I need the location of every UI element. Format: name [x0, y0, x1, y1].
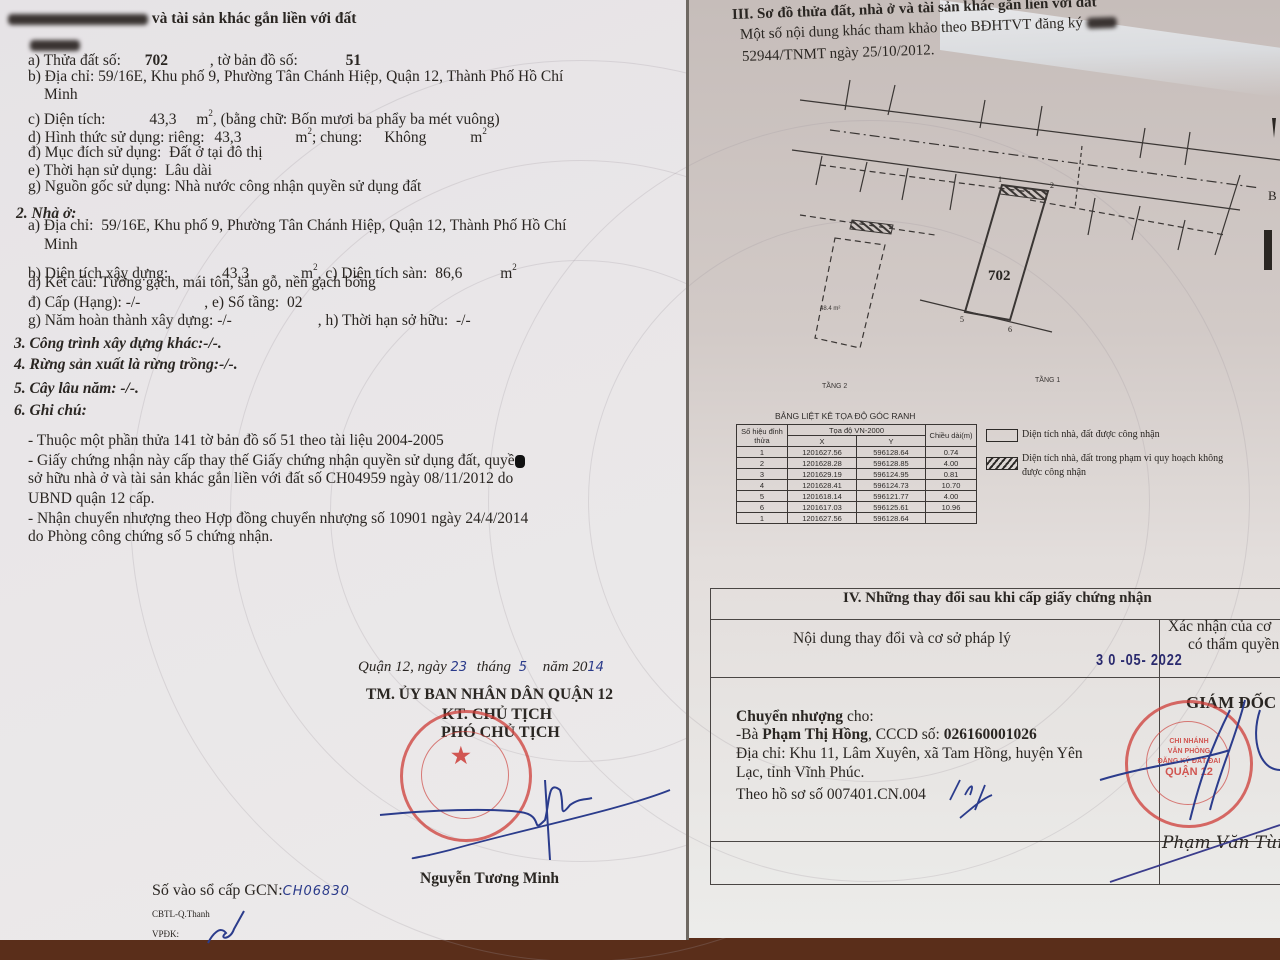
label: năm 20 [543, 659, 588, 675]
label: , h) Thời hạn sở hữu: [318, 312, 448, 329]
cell-x: 1201629.19 [788, 469, 857, 480]
text: cho: [843, 708, 874, 725]
vertex-label: 1 [998, 175, 1002, 184]
scale-bar [1264, 230, 1272, 270]
text: , CCCD số: [868, 726, 944, 743]
vertex-label: 2 [1050, 181, 1054, 190]
cell-x: 1201617.03 [788, 502, 857, 513]
cell-x: 1201627.56 [788, 513, 857, 524]
col1-header: Nội dung thay đổi và cơ sở pháp lý [793, 630, 1011, 648]
unit: m [470, 129, 482, 146]
initials-signature [930, 770, 1010, 820]
legend-text: Diện tích nhà, đất được công nhận [1022, 429, 1160, 441]
cell-point: 6 [737, 502, 788, 513]
parcel-map: 702 48.4 m² TẦNG 1 TẦNG 2 1 2 5 6 B [780, 70, 1280, 390]
label: d) Kết cấu: [28, 274, 97, 291]
house-address: a) Địa chỉ: 59/16E, Khu phố 9, Phường Tâ… [28, 217, 566, 235]
cell-length [926, 513, 977, 524]
coords-row: 11201627.56596128.640.74 [737, 447, 977, 458]
cell-y: 596124.73 [857, 480, 926, 491]
cell-y: 596128.64 [857, 513, 926, 524]
col-header-length: Chiều dài(m) [926, 425, 977, 447]
redacted-text [8, 14, 148, 25]
house-structure: d) Kết cấu: Tường gạch, mái tôn, sàn gỗ,… [28, 274, 376, 292]
signature-stroke [1100, 820, 1280, 890]
note-line: UBND quận 12 cấp. [28, 490, 155, 508]
value: Đất ở tại đô thị [169, 144, 262, 161]
value: Tường gạch, mái tôn, sàn gỗ, nền gạch bô… [100, 274, 375, 291]
cell-point: 5 [737, 491, 788, 502]
signature-ubnd [370, 760, 690, 870]
hatched-area [850, 185, 1048, 234]
cell-y: 596128.64 [857, 447, 926, 458]
unit: m [500, 265, 512, 282]
coords-table: Số hiệu đỉnh thửa Tọa độ VN-2000 Chiều d… [736, 424, 977, 524]
house-grade-floors: đ) Cấp (Hạng): -/- , e) Số tầng: 02 [28, 294, 303, 312]
cell-x: 1201618.14 [788, 491, 857, 502]
citizen-id: 026160001026 [944, 726, 1037, 743]
coords-table-title: BẢNG LIỆT KÊ TỌA ĐỘ GÓC RANH [775, 411, 915, 421]
cell-length: 0.74 [926, 447, 977, 458]
label: g) Nguồn gốc sử dụng: [28, 178, 171, 195]
floor2-area: 48.4 m² [820, 306, 840, 312]
section-header-text: và tài sản khác gắn liền với đất [152, 10, 357, 27]
floor2-label: TẦNG 2 [822, 380, 847, 390]
change-entry-line: Chuyển nhượng cho: [736, 708, 874, 726]
floors-value: 02 [287, 294, 303, 311]
col2-header: có thẩm quyền [1188, 636, 1279, 654]
vertex-label: 6 [1008, 325, 1012, 334]
redacted-text [1086, 17, 1116, 29]
change-entry-line: -Bà Phạm Thị Hồng, CCCD số: 026160001026 [736, 726, 1037, 744]
other-works: 3. Công trình xây dựng khác:-/-. [14, 335, 222, 353]
handwritten-day: 23 [451, 660, 468, 675]
parcel-label: 702 [988, 268, 1011, 284]
col-header-x: X [788, 436, 857, 447]
office-label: VPĐK: [152, 925, 179, 943]
coords-row: 31201629.19596124.950.81 [737, 469, 977, 480]
legend-text: Diện tích nhà, đất trong phạm vi quy hoạ… [1022, 453, 1223, 465]
label: , e) Số tầng: [204, 294, 279, 311]
cell-length: 4.00 [926, 491, 977, 502]
note-text: - Giấy chứng nhận này cấp thay thế Giấy … [28, 452, 515, 469]
label: ; chung: [312, 129, 362, 146]
transferee-name: Phạm Thị Hồng [762, 726, 868, 743]
ownership-term-value: -/- [456, 312, 471, 329]
col2-header: Xác nhận của cơ [1168, 618, 1271, 636]
stamp-date: 3 0 -05- 2022 [1096, 652, 1183, 670]
legend-text: được công nhận [1022, 467, 1086, 479]
label: Quận 12, ngày [358, 659, 447, 675]
note-line: - Thuộc một phần thửa 141 tờ bản đồ số 5… [28, 432, 444, 450]
label: a) Địa chỉ: [28, 217, 93, 234]
floor-area-value: 86,6 [435, 265, 462, 282]
coords-row: 41201628.41596124.7310.70 [737, 480, 977, 491]
map-sheet-number: 51 [346, 52, 362, 69]
section-header: và tài sản khác gắn liền với đất [8, 10, 356, 28]
cell-length: 4.00 [926, 458, 977, 469]
text: -Bà [736, 726, 762, 743]
file-reference: Theo hồ sơ số 007401.CN.004 [736, 786, 926, 804]
coords-row: 11201627.56596128.64 [737, 513, 977, 524]
value: 59/16E, Khu phố 9, Phường Tân Chánh Hiệp… [101, 217, 566, 234]
note-line: - Nhận chuyển nhượng theo Hợp đồng chuyể… [28, 510, 528, 528]
change-entry-line: Địa chỉ: Khu 11, Lâm Xuyên, xã Tam Hồng,… [736, 745, 1083, 763]
floor1-label: TẦNG 1 [1035, 374, 1060, 384]
cell-length: 0.81 [926, 469, 977, 480]
signer-name: Nguyễn Tương Minh [420, 870, 559, 888]
note-line: - Giấy chứng nhận này cấp thay thế Giấy … [28, 452, 525, 470]
label: tháng [477, 659, 511, 675]
north-label: B [1268, 188, 1277, 203]
label: b) Địa chỉ: [28, 68, 94, 85]
value: Nhà nước công nhận quyền sử dụng đất [175, 178, 422, 195]
section4-title: IV. Những thay đổi sau khi cấp giấy chứn… [843, 589, 1152, 607]
legend-swatch-plain [986, 429, 1018, 442]
address-value: 59/16E, Khu phố 9, Phường Tân Chánh Hiệp… [98, 68, 563, 85]
redacted-text [30, 40, 80, 51]
shared-area: Không [384, 129, 426, 146]
cell-y: 596128.85 [857, 458, 926, 469]
land-origin: g) Nguồn gốc sử dụng: Nhà nước công nhận… [28, 178, 421, 196]
label: Số vào sổ cấp GCN: [152, 882, 283, 899]
address-continuation: Minh [44, 236, 78, 254]
change-type: Chuyển nhượng [736, 708, 843, 725]
label: , tờ bản đồ số: [210, 52, 298, 69]
note-line: sở hữu nhà ở và tài sản khác gắn liền vớ… [28, 470, 513, 488]
cell-point: 4 [737, 480, 788, 491]
cell-point: 3 [737, 469, 788, 480]
cell-point: 1 [737, 513, 788, 524]
coords-row: 21201628.28596128.854.00 [737, 458, 977, 469]
cell-x: 1201628.41 [788, 480, 857, 491]
label: g) Năm hoàn thành xây dựng: [28, 312, 213, 329]
registry-number: Số vào sổ cấp GCN:CH06830 [152, 882, 350, 901]
perennial-trees: 5. Cây lâu năm: -/-. [14, 380, 139, 398]
coords-row: 61201617.03596125.6110.96 [737, 502, 977, 513]
grade-value: -/- [126, 294, 141, 311]
cell-x: 1201628.28 [788, 458, 857, 469]
value: Lâu dài [165, 162, 212, 179]
parcel-number: 702 [145, 52, 168, 69]
cell-y: 596125.61 [857, 502, 926, 513]
cell-point: 2 [737, 458, 788, 469]
clerk-initials [200, 905, 250, 950]
col-header-y: Y [857, 436, 926, 447]
unit: m [295, 129, 307, 146]
col-header-system: Tọa độ VN-2000 [788, 425, 926, 436]
handwritten-month: 5 [519, 660, 527, 675]
address-continuation: Minh [44, 86, 78, 104]
cell-y: 596121.77 [857, 491, 926, 502]
cell-y: 596124.95 [857, 469, 926, 480]
registry-value: CH06830 [283, 884, 350, 899]
house-completion-ownership: g) Năm hoàn thành xây dựng: -/- , h) Thờ… [28, 312, 471, 330]
cell-x: 1201627.56 [788, 447, 857, 458]
handwritten-year: 14 [587, 660, 604, 675]
completion-value: -/- [217, 312, 232, 329]
director-signature [1090, 690, 1280, 830]
notes-title: 6. Ghi chú: [14, 402, 87, 420]
cell-length: 10.96 [926, 502, 977, 513]
note-line: do Phòng công chứng số 5 chứng nhận. [28, 528, 273, 546]
cell-length: 10.70 [926, 480, 977, 491]
coords-row: 51201618.14596121.774.00 [737, 491, 977, 502]
north-arrow-icon [1272, 118, 1276, 138]
issuing-authority: TM. ỦY BAN NHÂN DÂN QUẬN 12 [366, 686, 613, 704]
cell-point: 1 [737, 447, 788, 458]
label: e) Thời hạn sử dụng: [28, 162, 157, 179]
redacted-text [515, 455, 525, 468]
divider [711, 677, 1280, 678]
label: đ) Mục đích sử dụng: [28, 144, 161, 161]
label: đ) Cấp (Hạng): [28, 294, 122, 311]
land-purpose: đ) Mục đích sử dụng: Đất ở tại đô thị [28, 144, 263, 162]
production-forest: 4. Rừng sản xuất là rừng trồng:-/-. [14, 356, 238, 374]
change-entry-line: Lạc, tỉnh Vĩnh Phúc. [736, 764, 864, 782]
land-address: b) Địa chỉ: 59/16E, Khu phố 9, Phường Tâ… [28, 68, 563, 86]
col-header-point: Số hiệu đỉnh thửa [737, 425, 788, 447]
vertex-label: 5 [960, 315, 964, 324]
label: a) Thửa đất số: [28, 52, 121, 69]
issue-date: Quận 12, ngày 23 tháng 5 năm 2014 [358, 658, 604, 677]
legend-swatch-hatched [986, 457, 1018, 470]
